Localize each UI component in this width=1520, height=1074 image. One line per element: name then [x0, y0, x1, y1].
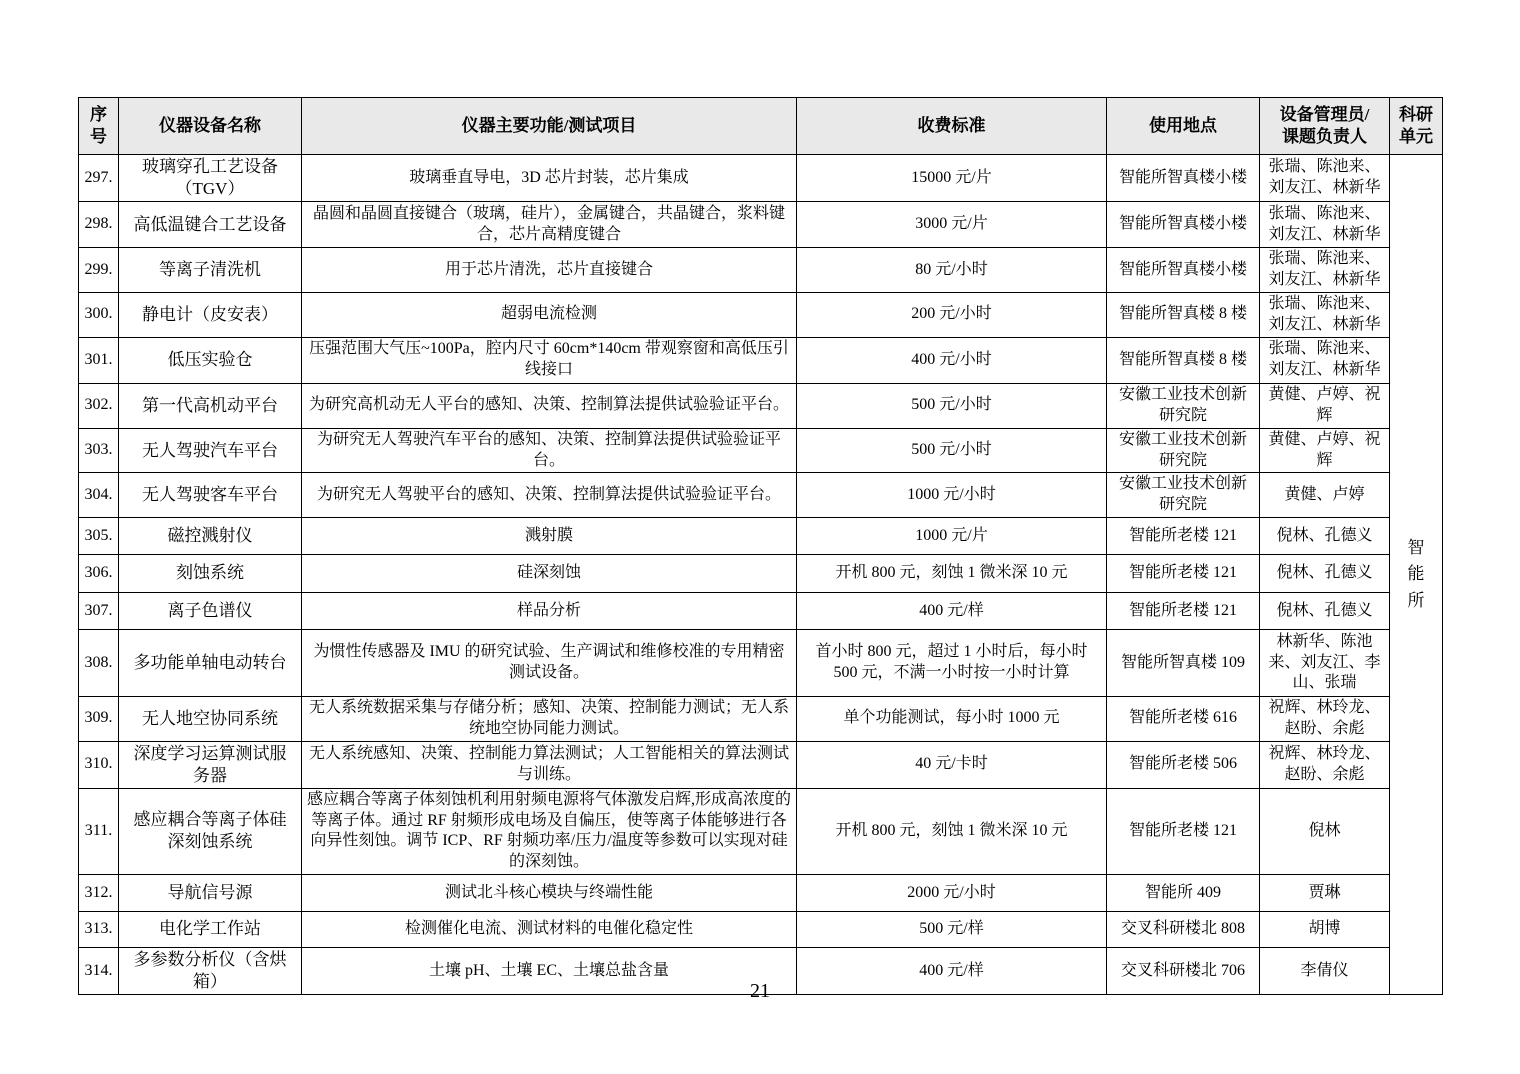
usage-location: 智能所老楼 506 [1107, 741, 1260, 788]
equipment-name: 等离子清洗机 [119, 248, 302, 293]
research-unit: 智能所 [1407, 535, 1425, 614]
equipment-name: 无人驾驶客车平台 [119, 473, 302, 518]
managers: 祝辉、林玲龙、赵盼、余彪 [1260, 696, 1390, 741]
equipment-functions: 无人系统感知、决策、控制能力算法测试；人工智能相关的算法测试与训练。 [302, 741, 797, 788]
fee-standard: 首小时 800 元，超过 1 小时后，每小时 500 元，不满一小时按一小时计算 [797, 629, 1107, 696]
document-page: 序 号 仪器设备名称 仪器主要功能/测试项目 收费标准 使用地点 设备管理员/ … [0, 0, 1520, 1074]
usage-location: 智能所智真楼小楼 [1107, 248, 1260, 293]
table-row: 311. 感应耦合等离子体硅深刻蚀系统 感应耦合等离子体刻蚀机利用射频电源将气体… [79, 788, 1443, 874]
managers: 张瑞、陈池来、刘友江、林新华 [1260, 248, 1390, 293]
equipment-functions: 超弱电流检测 [302, 292, 797, 337]
header-functions: 仪器主要功能/测试项目 [302, 98, 797, 155]
table-row: 310. 深度学习运算测试服务器 无人系统感知、决策、控制能力算法测试；人工智能… [79, 741, 1443, 788]
table-row: 302. 第一代高机动平台 为研究高机动无人平台的感知、决策、控制算法提供试验验… [79, 383, 1443, 428]
fee-standard: 15000 元/片 [797, 155, 1107, 202]
equipment-functions: 硅深刻蚀 [302, 554, 797, 592]
equipment-functions: 用于芯片清洗，芯片直接键合 [302, 248, 797, 293]
usage-location: 智能所老楼 121 [1107, 592, 1260, 629]
table-row: 307. 离子色谱仪 样品分析 400 元/样 智能所老楼 121 倪林、孔德义 [79, 592, 1443, 629]
fee-standard: 40 元/卡时 [797, 741, 1107, 788]
equipment-functions: 为研究高机动无人平台的感知、决策、控制算法提供试验验证平台。 [302, 383, 797, 428]
header-fee: 收费标准 [797, 98, 1107, 155]
equipment-functions: 样品分析 [302, 592, 797, 629]
row-number: 301. [79, 337, 119, 383]
managers: 张瑞、陈池来、刘友江、林新华 [1260, 155, 1390, 202]
table-row: 305. 磁控溅射仪 溅射膜 1000 元/片 智能所老楼 121 倪林、孔德义 [79, 517, 1443, 554]
usage-location: 智能所老楼 121 [1107, 517, 1260, 554]
row-number: 303. [79, 428, 119, 473]
usage-location: 智能所智真楼 109 [1107, 629, 1260, 696]
equipment-fee-table: 序 号 仪器设备名称 仪器主要功能/测试项目 收费标准 使用地点 设备管理员/ … [78, 97, 1443, 995]
row-number: 310. [79, 741, 119, 788]
header-research-unit: 科研 单元 [1390, 98, 1443, 155]
managers: 张瑞、陈池来、刘友江、林新华 [1260, 337, 1390, 383]
usage-location: 智能所老楼 121 [1107, 788, 1260, 874]
row-number: 312. [79, 874, 119, 911]
table-row: 304. 无人驾驶客车平台 为研究无人驾驶平台的感知、决策、控制算法提供试验验证… [79, 473, 1443, 518]
managers: 倪林 [1260, 788, 1390, 874]
row-number: 313. [79, 911, 119, 947]
equipment-name: 低压实验仓 [119, 337, 302, 383]
equipment-functions: 为研究无人驾驶汽车平台的感知、决策、控制算法提供试验验证平台。 [302, 428, 797, 473]
table-row: 297. 玻璃穿孔工艺设备（TGV） 玻璃垂直导电，3D 芯片封装，芯片集成 1… [79, 155, 1443, 202]
header-no: 序 号 [79, 98, 119, 155]
page-number: 21 [0, 980, 1520, 1003]
equipment-name: 高低温键合工艺设备 [119, 202, 302, 248]
row-number: 299. [79, 248, 119, 293]
fee-standard: 1000 元/片 [797, 517, 1107, 554]
equipment-functions: 无人系统数据采集与存储分析；感知、决策、控制能力测试；无人系统地空协同能力测试。 [302, 696, 797, 741]
equipment-functions: 感应耦合等离子体刻蚀机利用射频电源将气体激发启辉,形成高浓度的等离子体。通过 R… [302, 788, 797, 874]
equipment-functions: 晶圆和晶圆直接键合（玻璃，硅片），金属键合，共晶键合，浆料键合，芯片高精度键合 [302, 202, 797, 248]
equipment-functions: 检测催化电流、测试材料的电催化稳定性 [302, 911, 797, 947]
equipment-functions: 溅射膜 [302, 517, 797, 554]
managers: 张瑞、陈池来、刘友江、林新华 [1260, 202, 1390, 248]
usage-location: 智能所 409 [1107, 874, 1260, 911]
managers: 林新华、陈池来、刘友江、李山、张瑞 [1260, 629, 1390, 696]
row-number: 308. [79, 629, 119, 696]
table-row: 299. 等离子清洗机 用于芯片清洗，芯片直接键合 80 元/小时 智能所智真楼… [79, 248, 1443, 293]
usage-location: 智能所智真楼小楼 [1107, 155, 1260, 202]
usage-location: 智能所老楼 121 [1107, 554, 1260, 592]
equipment-name: 无人驾驶汽车平台 [119, 428, 302, 473]
equipment-name: 磁控溅射仪 [119, 517, 302, 554]
header-location: 使用地点 [1107, 98, 1260, 155]
usage-location: 智能所智真楼小楼 [1107, 202, 1260, 248]
fee-standard: 80 元/小时 [797, 248, 1107, 293]
managers: 胡博 [1260, 911, 1390, 947]
table-row: 309. 无人地空协同系统 无人系统数据采集与存储分析；感知、决策、控制能力测试… [79, 696, 1443, 741]
usage-location: 智能所智真楼 8 楼 [1107, 337, 1260, 383]
row-number: 311. [79, 788, 119, 874]
usage-location: 安徽工业技术创新研究院 [1107, 473, 1260, 518]
fee-standard: 400 元/小时 [797, 337, 1107, 383]
managers: 倪林、孔德义 [1260, 592, 1390, 629]
managers: 黄健、卢婷、祝辉 [1260, 383, 1390, 428]
row-number: 302. [79, 383, 119, 428]
equipment-functions: 玻璃垂直导电，3D 芯片封装，芯片集成 [302, 155, 797, 202]
managers: 倪林、孔德义 [1260, 517, 1390, 554]
fee-standard: 500 元/样 [797, 911, 1107, 947]
row-number: 305. [79, 517, 119, 554]
usage-location: 交叉科研楼北 808 [1107, 911, 1260, 947]
equipment-name: 离子色谱仪 [119, 592, 302, 629]
fee-standard: 500 元/小时 [797, 428, 1107, 473]
table-row: 300. 静电计（皮安表） 超弱电流检测 200 元/小时 智能所智真楼 8 楼… [79, 292, 1443, 337]
managers: 倪林、孔德义 [1260, 554, 1390, 592]
equipment-name: 导航信号源 [119, 874, 302, 911]
row-number: 297. [79, 155, 119, 202]
table-row: 298. 高低温键合工艺设备 晶圆和晶圆直接键合（玻璃，硅片），金属键合，共晶键… [79, 202, 1443, 248]
table-row: 312. 导航信号源 测试北斗核心模块与终端性能 2000 元/小时 智能所 4… [79, 874, 1443, 911]
fee-standard: 3000 元/片 [797, 202, 1107, 248]
fee-standard: 2000 元/小时 [797, 874, 1107, 911]
managers: 黄健、卢婷、祝辉 [1260, 428, 1390, 473]
managers: 祝辉、林玲龙、赵盼、余彪 [1260, 741, 1390, 788]
equipment-name: 静电计（皮安表） [119, 292, 302, 337]
table-header-row: 序 号 仪器设备名称 仪器主要功能/测试项目 收费标准 使用地点 设备管理员/ … [79, 98, 1443, 155]
equipment-name: 深度学习运算测试服务器 [119, 741, 302, 788]
usage-location: 安徽工业技术创新研究院 [1107, 383, 1260, 428]
equipment-functions: 为惯性传感器及 IMU 的研究试验、生产调试和维修校准的专用精密测试设备。 [302, 629, 797, 696]
research-unit-cell: 智能所 [1390, 155, 1443, 995]
equipment-name: 第一代高机动平台 [119, 383, 302, 428]
managers: 张瑞、陈池来、刘友江、林新华 [1260, 292, 1390, 337]
fee-standard: 开机 800 元，刻蚀 1 微米深 10 元 [797, 554, 1107, 592]
row-number: 304. [79, 473, 119, 518]
equipment-name: 感应耦合等离子体硅深刻蚀系统 [119, 788, 302, 874]
equipment-functions: 为研究无人驾驶平台的感知、决策、控制算法提供试验验证平台。 [302, 473, 797, 518]
equipment-functions: 压强范围大气压~100Pa，腔内尺寸 60cm*140cm 带观察窗和高低压引线… [302, 337, 797, 383]
fee-standard: 1000 元/小时 [797, 473, 1107, 518]
row-number: 300. [79, 292, 119, 337]
equipment-name: 玻璃穿孔工艺设备（TGV） [119, 155, 302, 202]
usage-location: 智能所智真楼 8 楼 [1107, 292, 1260, 337]
table-row: 313. 电化学工作站 检测催化电流、测试材料的电催化稳定性 500 元/样 交… [79, 911, 1443, 947]
equipment-name: 多功能单轴电动转台 [119, 629, 302, 696]
fee-standard: 开机 800 元，刻蚀 1 微米深 10 元 [797, 788, 1107, 874]
equipment-name: 刻蚀系统 [119, 554, 302, 592]
managers: 黄健、卢婷 [1260, 473, 1390, 518]
fee-standard: 200 元/小时 [797, 292, 1107, 337]
fee-standard: 400 元/样 [797, 592, 1107, 629]
row-number: 298. [79, 202, 119, 248]
header-equipment-name: 仪器设备名称 [119, 98, 302, 155]
table-row: 308. 多功能单轴电动转台 为惯性传感器及 IMU 的研究试验、生产调试和维修… [79, 629, 1443, 696]
managers: 贾琳 [1260, 874, 1390, 911]
row-number: 309. [79, 696, 119, 741]
header-manager: 设备管理员/ 课题负责人 [1260, 98, 1390, 155]
table-row: 303. 无人驾驶汽车平台 为研究无人驾驶汽车平台的感知、决策、控制算法提供试验… [79, 428, 1443, 473]
usage-location: 安徽工业技术创新研究院 [1107, 428, 1260, 473]
table-row: 301. 低压实验仓 压强范围大气压~100Pa，腔内尺寸 60cm*140cm… [79, 337, 1443, 383]
row-number: 307. [79, 592, 119, 629]
equipment-functions: 测试北斗核心模块与终端性能 [302, 874, 797, 911]
equipment-name: 电化学工作站 [119, 911, 302, 947]
fee-standard: 500 元/小时 [797, 383, 1107, 428]
table-row: 306. 刻蚀系统 硅深刻蚀 开机 800 元，刻蚀 1 微米深 10 元 智能… [79, 554, 1443, 592]
equipment-name: 无人地空协同系统 [119, 696, 302, 741]
fee-standard: 单个功能测试，每小时 1000 元 [797, 696, 1107, 741]
row-number: 306. [79, 554, 119, 592]
usage-location: 智能所老楼 616 [1107, 696, 1260, 741]
